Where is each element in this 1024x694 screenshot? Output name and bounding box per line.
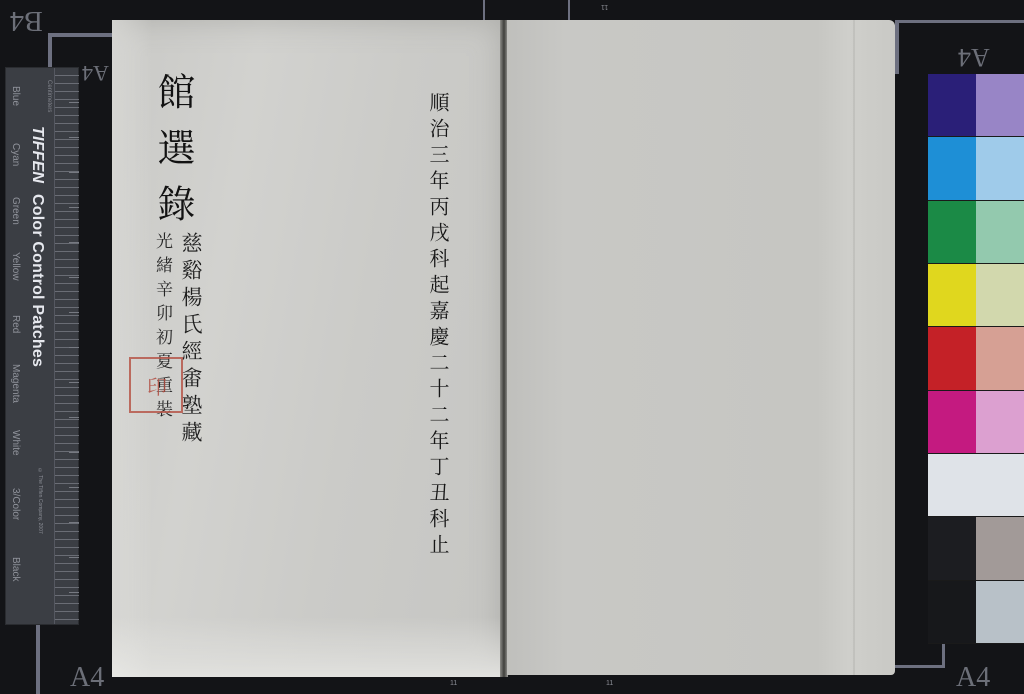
patch-magenta-dark [928, 391, 976, 454]
mat-label-b4: B4 [10, 6, 43, 34]
tiffen-title: Color Control Patches [29, 194, 46, 367]
book-title: 館選錄 [146, 72, 201, 240]
tiffen-copyright: © The Tiffen Company, 2007 [37, 468, 43, 534]
tiffen-brand-title: TIFFEN Color Control Patches [28, 126, 46, 367]
patch-yellow-dark [928, 264, 976, 327]
mat-guide-line-right-top [895, 20, 1024, 23]
mat-number-bottom-right: 11 [606, 680, 613, 687]
tiffen-color-names: Blue Cyan Green Yellow Red Magenta White… [10, 86, 21, 582]
patch-magenta-light [976, 391, 1024, 454]
color-name-magenta: Magenta [10, 364, 21, 403]
patch-white [928, 454, 1024, 517]
mat-guide-line-bottom-right [895, 665, 945, 668]
color-name-red: Red [10, 315, 21, 333]
mat-guide-line-top-center [568, 0, 570, 20]
color-name-black: Black [10, 557, 21, 581]
mat-guide-line-top-right [895, 20, 899, 74]
patch-3color-dark [928, 517, 976, 580]
seal-text: 印 [147, 371, 165, 400]
mat-number-bottom-left: 11 [450, 680, 457, 687]
color-name-yellow: Yellow [10, 252, 21, 281]
patch-green-light [976, 201, 1024, 264]
tiffen-color-control-strip: Blue Cyan Green Yellow Red Magenta White… [5, 67, 79, 625]
color-name-white: White [10, 430, 21, 456]
patch-red-light [976, 327, 1024, 390]
mat-label-a4-top-right: A4 [958, 44, 990, 70]
patch-black-light [976, 581, 1024, 644]
patch-cyan-dark [928, 137, 976, 200]
patch-red-dark [928, 327, 976, 390]
color-name-3color: 3/Color [10, 488, 21, 520]
tiffen-logo: TIFFEN [29, 126, 46, 183]
patch-blue-dark [928, 74, 976, 137]
patch-3color-light [976, 517, 1024, 580]
patch-cyan-light [976, 137, 1024, 200]
tiffen-ruler-label: Centimeters [46, 80, 52, 112]
mat-guide-line-left [48, 33, 52, 67]
patch-blue-light [976, 74, 1024, 137]
tiffen-ruler [54, 68, 79, 624]
book-right-page-blank [507, 20, 895, 675]
red-seal-stamp: 印 [129, 357, 183, 413]
color-calibration-patches [928, 74, 1024, 644]
mat-guide-line-top-left [48, 33, 112, 37]
patch-black-dark [928, 581, 976, 644]
patch-yellow-light [976, 264, 1024, 327]
color-name-blue: Blue [10, 86, 21, 106]
mat-label-a4-bottom-left: A4 [70, 664, 104, 692]
mat-guide-line-bottom-right-v [942, 644, 945, 668]
mat-number-top: 11 [601, 3, 608, 10]
color-name-green: Green [10, 197, 21, 225]
patch-green-dark [928, 201, 976, 264]
color-name-cyan: Cyan [10, 143, 21, 166]
mat-label-a4-inner: A4 [82, 62, 109, 84]
owner-inscription: 慈谿楊氏經畬塾藏 [176, 232, 206, 448]
mat-guide-line-top-center2 [483, 0, 485, 20]
mat-label-a4-bottom-right: A4 [956, 664, 990, 692]
mat-guide-line-bottom-left [36, 623, 40, 694]
exam-range-inscription: 順治三年丙戌科起嘉慶二十二年丁丑科止 [424, 92, 453, 560]
